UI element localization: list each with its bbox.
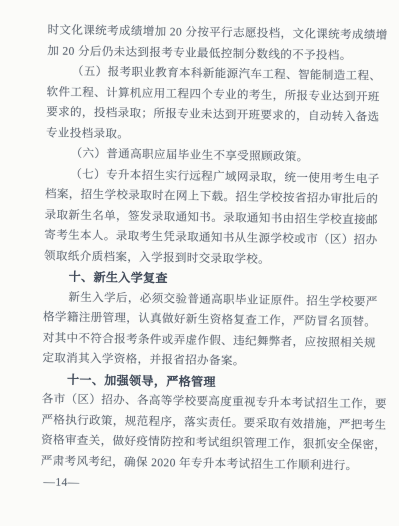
document-page: 时文化课统考成绩增加 20 分按平行志愿投档，文化课统考成绩增加 20 分后仍未… bbox=[0, 0, 399, 526]
page-number: —14— bbox=[40, 472, 370, 498]
document-text-block: 时文化课统考成绩增加 20 分按平行志愿投档，文化课统考成绩增加 20 分后仍未… bbox=[40, 20, 377, 498]
body-lines: 时文化课统考成绩增加 20 分按平行志愿投档，文化课统考成绩增加 20 分后仍未… bbox=[41, 20, 378, 476]
